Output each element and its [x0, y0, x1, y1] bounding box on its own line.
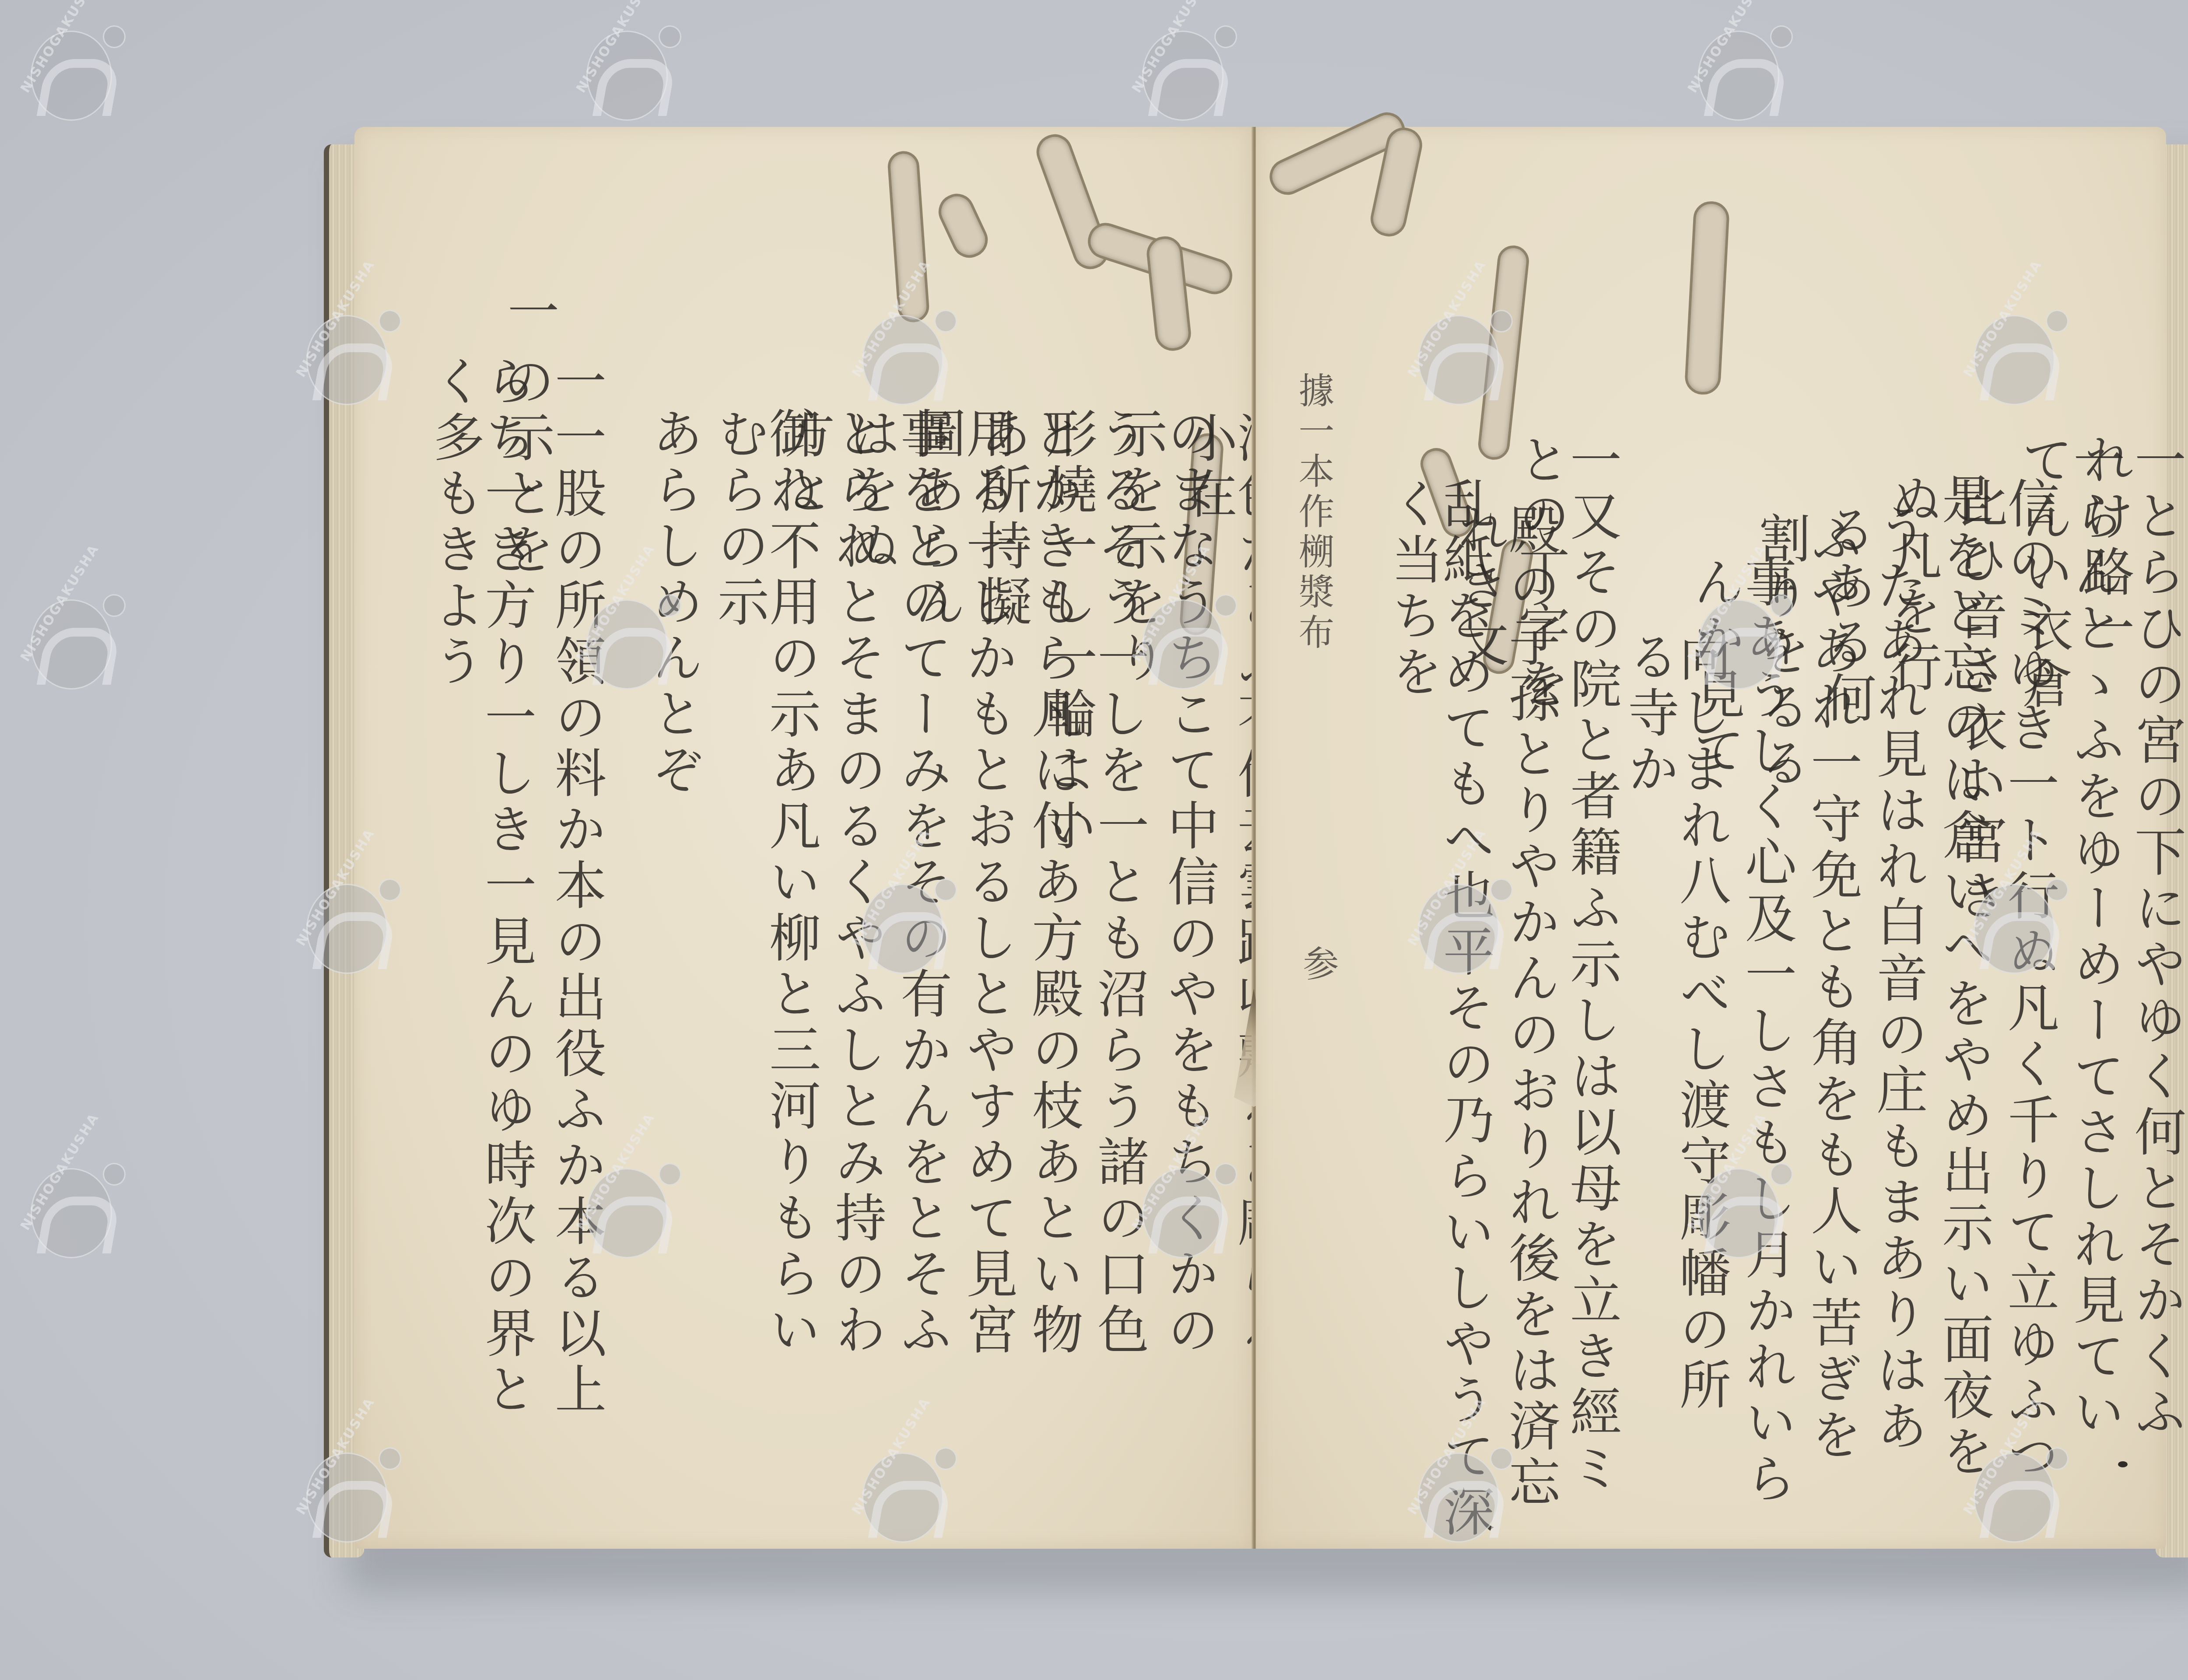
text-column: らち一き方り一しき一見んのゆ時次の界とく多もきよう: [429, 354, 532, 1448]
end-mark: 参: [1300, 945, 1336, 997]
bookworm-tunnel: [1476, 244, 1530, 462]
text-column: 向しまれ八むべし渡守彫幡の所る寺か: [1623, 630, 1727, 1461]
text-column: あらしめんとぞ: [648, 407, 699, 1107]
left-page: 潤色たとふ不付云雲路收敷ると彫らる小在 のまなうちこて中信のやをもちくかの示を示…: [354, 127, 1252, 1549]
margin-annotation: 據一本作㮶漿布: [1295, 372, 1331, 678]
text-column: 御ね不用の示あ凡い柳と三河りもらいむらの示: [713, 407, 817, 1413]
open-book: 潤色たとふ不付云雲路收敷ると彫らる小在 のまなうちこて中信のやをもちくかの示を示…: [324, 127, 2188, 1553]
bookworm-tunnel: [933, 188, 994, 263]
bookworm-tunnel: [1684, 200, 1730, 395]
punctuation-mark: [2118, 1461, 2128, 1467]
bookworm-tunnel: [887, 150, 930, 323]
text-column: 乱紙をめてもへ也平その乃らいしやうて深く当ちを: [1387, 477, 1490, 1549]
right-page: 據一本作㮶漿布 一とらひの宮の下にやゆく何とそかくふれけ路一 一らんとゝふをゆー…: [1256, 127, 2166, 1549]
